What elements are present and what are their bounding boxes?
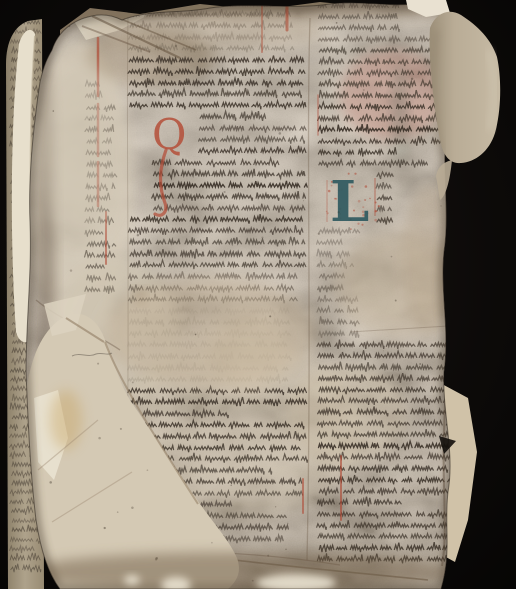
dirt-speck [285,549,286,550]
dirt-speck [429,515,431,517]
dirt-speck [145,104,146,105]
filigree-dot [378,205,380,207]
dirt-speck [231,485,232,486]
faded-area [40,60,120,240]
dirt-speck [214,185,216,187]
dirt-speck [261,237,263,239]
manuscript-page: Q L [20,0,480,589]
dirt-speck [98,437,101,440]
dirt-speck [379,14,380,15]
dirt-speck [383,350,384,351]
dirt-speck [269,315,271,317]
dirt-speck [89,119,90,120]
dirt-speck [363,89,365,91]
dirt-speck [419,363,421,365]
dirt-speck [132,381,134,383]
dirt-speck [120,428,122,430]
flap-yellow-stain [50,390,82,450]
manuscript-scene: Q L [0,0,516,589]
filigree-dot [374,219,377,222]
dirt-speck [211,542,213,544]
stain [287,365,407,465]
dirt-speck [422,144,423,145]
dirt-speck [318,233,320,235]
dirt-speck [287,523,288,524]
faded-area [210,310,290,390]
dirt-speck [275,506,276,507]
dirt-speck [147,469,149,471]
dirt-speck [104,527,106,529]
dirt-speck [53,110,55,112]
dirt-speck [195,334,197,336]
dirt-speck [411,78,413,80]
dirt-speck [131,506,134,509]
filigree-dot [376,210,378,212]
dirt-speck [211,449,212,450]
dirt-speck [395,300,397,302]
manuscript-photo: Q L [0,0,516,589]
dirt-speck [279,132,282,135]
dirt-speck [117,511,119,513]
dirt-speck [337,211,339,213]
initial-letter-q: Q [152,110,186,159]
dirt-speck [198,425,199,426]
dirt-speck [409,366,410,367]
dirt-speck [137,234,139,236]
dirt-speck [336,22,338,24]
initial-letter-l: L [330,169,369,235]
dirt-speck [70,269,72,271]
dirt-speck [303,200,304,201]
dirt-speck [391,256,393,258]
under-leaf-blob [124,575,140,585]
dirt-speck [49,481,52,484]
filigree-dot [369,198,371,200]
dirt-speck [175,45,177,47]
dirt-speck [97,363,99,365]
stain [393,62,407,162]
dirt-speck [224,191,226,193]
